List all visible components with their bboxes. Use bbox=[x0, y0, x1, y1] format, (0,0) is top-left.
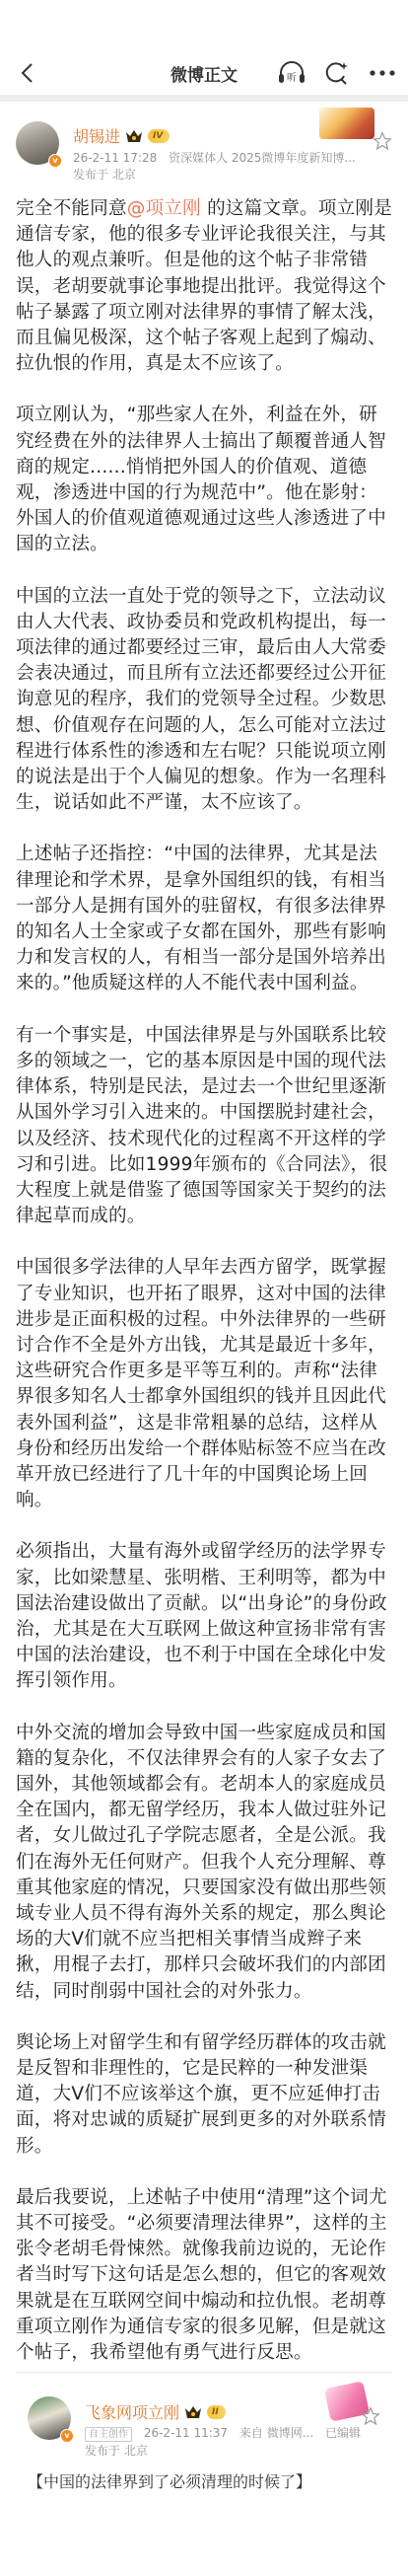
more-dots-icon bbox=[369, 69, 396, 77]
paragraph: 中国的立法一直处于党的领导之下，立法动议由人大代表、政协委员和党政机构提出，每一… bbox=[16, 584, 392, 817]
status-bar-area bbox=[0, 0, 408, 51]
post-meta: 26-2-11 17:28 资深媒体人 2025微博年度新知博... bbox=[73, 149, 356, 166]
nav-actions: 听 bbox=[276, 57, 398, 89]
paragraph: 中外交流的增加会导致中国一些家庭成员和国籍的复杂化，不仅法律界会有的人家子女去了… bbox=[16, 1721, 392, 2005]
star-icon bbox=[361, 2406, 380, 2426]
verified-badge-icon: v bbox=[60, 2429, 74, 2443]
paragraph: 舆论场上对留学生和有留学经历群体的攻击就是反智和非理性的，它是民粹的一种发泄渠道… bbox=[16, 2030, 392, 2160]
paragraph: 有一个事实是，中国法律界是与外国联系比较多的领域之一，它的基本原因是中国的现代法… bbox=[16, 1023, 392, 1230]
paragraph: 最后我要说，上述帖子中使用“清理”这个词尤其不可接受。“必须要清理法律界”，这样… bbox=[16, 2185, 392, 2366]
post-header: v 胡锡进 IV 26-2-11 17:28 资深媒体人 2025微博年度新知博… bbox=[16, 102, 392, 186]
favorite-button[interactable] bbox=[361, 2406, 380, 2426]
author-name[interactable]: 胡锡进 bbox=[73, 124, 120, 147]
quoted-post-meta: 自主创作 26-2-11 11:37 来自 微博网... 已编辑 bbox=[85, 2424, 361, 2442]
author-name-row: 胡锡进 IV bbox=[73, 124, 170, 147]
verified-badge-icon: v bbox=[48, 154, 62, 168]
great-wall-decoration-icon bbox=[319, 108, 374, 139]
ai-search-icon bbox=[324, 60, 350, 86]
quoted-post[interactable]: v 飞象网项立刚 II 自主创作 26-2-11 11:37 来自 微博网...… bbox=[0, 2373, 408, 2492]
star-icon bbox=[373, 131, 392, 151]
post-location: 发布于 北京 bbox=[73, 166, 136, 183]
post-body: 完全不能同意@项立刚 的这篇文章。项立刚是通信专家，他的很多专业评论我很关注，与… bbox=[16, 186, 392, 2366]
section-separator bbox=[0, 95, 408, 102]
back-button[interactable] bbox=[14, 59, 41, 87]
quoted-post-source: 来自 微博网... bbox=[239, 2426, 313, 2440]
favorite-button[interactable] bbox=[373, 131, 392, 151]
svg-text:听: 听 bbox=[287, 71, 297, 84]
back-chevron-icon bbox=[20, 61, 35, 85]
top-navbar: 微博正文 听 bbox=[0, 51, 408, 95]
quoted-post-title: 【中国的法律界到了必须清理的时候了】 bbox=[14, 2460, 394, 2492]
edited-label: 已编辑 bbox=[325, 2426, 361, 2440]
paragraph: 中国很多学法律的人早年去西方留学，既掌握了专业知识，也开拓了眼界，这对中国的法律… bbox=[16, 1255, 392, 1513]
weibo-post-detail-page: 微博正文 听 bbox=[0, 0, 408, 2576]
crown-icon bbox=[125, 129, 143, 143]
paragraph: 上述帖子还指控：“中国的法律界，尤其是法律理论和学术界，是拿外国组织的钱，有相当… bbox=[16, 842, 392, 996]
level-badge[interactable]: IV bbox=[148, 129, 170, 143]
main-post: v 胡锡进 IV 26-2-11 17:28 资深媒体人 2025微博年度新知博… bbox=[0, 102, 408, 2373]
quoted-author-name-row: 飞象网项立刚 II bbox=[85, 2400, 226, 2423]
mention-link[interactable]: @项立刚 bbox=[127, 198, 201, 219]
listen-headphones-icon: 听 bbox=[277, 60, 306, 86]
quoted-post-location: 发布于 北京 bbox=[85, 2442, 148, 2459]
quoted-author-name[interactable]: 飞象网项立刚 bbox=[85, 2400, 179, 2423]
listen-button[interactable]: 听 bbox=[276, 57, 307, 89]
quoted-post-timestamp: 26-2-11 11:37 bbox=[144, 2426, 228, 2440]
author-description: 资深媒体人 2025微博年度新知博... bbox=[169, 151, 356, 165]
post-timestamp: 26-2-11 17:28 bbox=[73, 151, 157, 165]
paragraph: 完全不能同意@项立刚 的这篇文章。项立刚是通信专家，他的很多专业评论我很关注，与… bbox=[16, 196, 392, 377]
more-button[interactable] bbox=[367, 57, 398, 89]
original-content-tag: 自主创作 bbox=[85, 2427, 132, 2442]
paragraph: 项立刚认为，“那些家人在外，利益在外，研究经费在外的法律界人士搞出了颠覆普通人智… bbox=[16, 403, 392, 557]
level-badge[interactable]: II bbox=[207, 2405, 226, 2419]
crown-icon bbox=[184, 2405, 202, 2419]
quoted-post-header: v 飞象网项立刚 II 自主创作 26-2-11 11:37 来自 微博网...… bbox=[14, 2381, 394, 2460]
ai-search-button[interactable] bbox=[321, 57, 353, 89]
paragraph: 必须指出，大量有海外或留学经历的法学界专家，比如梁慧星、张明楷、王利明等，都为中… bbox=[16, 1539, 392, 1694]
